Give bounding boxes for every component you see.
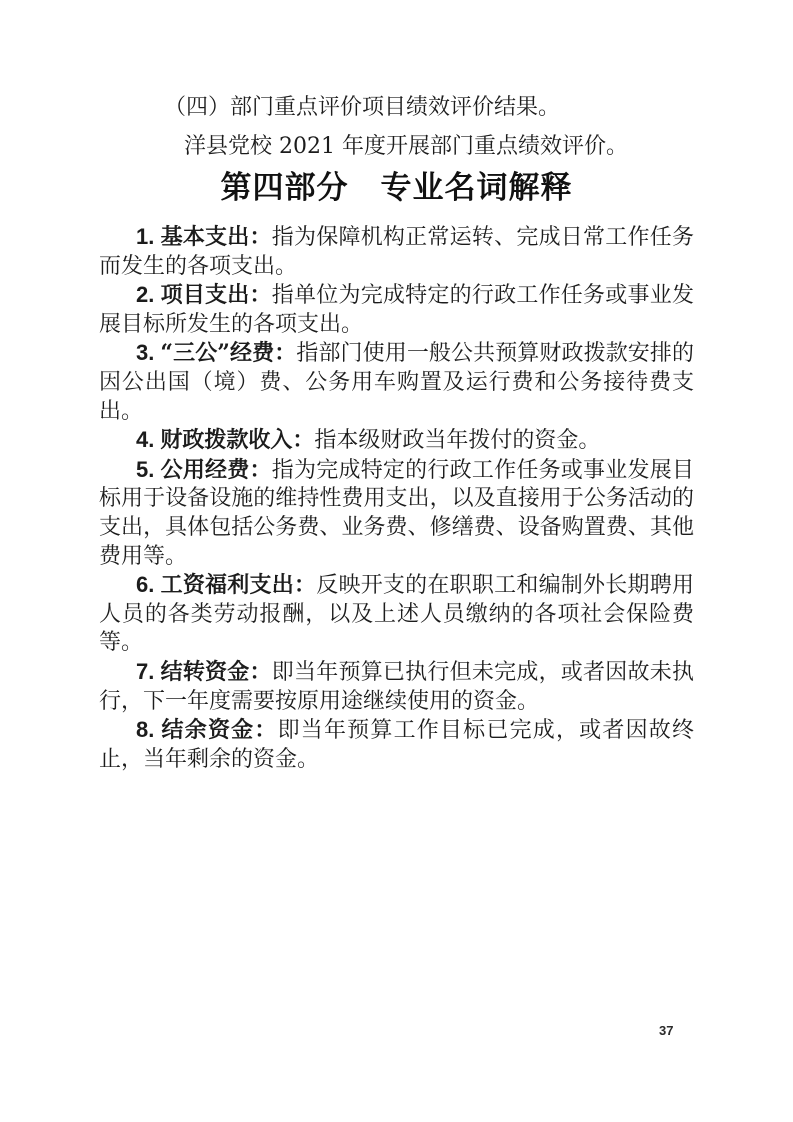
term-paragraph-3: 3.“三公”经费：指部门使用一般公共预算财政拨款安排的因公出国（境）费、公务用车…	[99, 339, 694, 426]
term-paragraph-7: 7.结转资金：即当年预算已执行但未完成，或者因故未执行，下一年度需要按原用途继续…	[99, 658, 694, 716]
page-number: 37	[659, 1023, 673, 1038]
term-paragraph-5: 5.公用经费：指为完成特定的行政工作任务或事业发展目标用于设备设施的维持性费用支…	[99, 456, 694, 571]
term-number: 7.	[136, 659, 154, 684]
term-paragraph-2: 2.项目支出：指单位为完成特定的行政工作任务或事业发展目标所发生的各项支出。	[99, 281, 694, 339]
term-number: 3.	[136, 340, 154, 365]
intro-line-result: （四）部门重点评价项目绩效评价结果。	[99, 88, 694, 127]
term-paragraph-4: 4.财政拨款收入：指本级财政当年拨付的资金。	[99, 426, 694, 456]
term-title: 工资福利支出：	[160, 572, 316, 598]
document-page: （四）部门重点评价项目绩效评价结果。 洋县党校 2021 年度开展部门重点绩效评…	[0, 0, 793, 1122]
term-paragraph-6: 6.工资福利支出：反映开支的在职职工和编制外长期聘用人员的各类劳动报酬，以及上述…	[99, 571, 694, 658]
term-title: 财政拨款收入：	[160, 427, 314, 453]
term-number: 1.	[136, 224, 154, 249]
term-title: “三公”经费：	[160, 340, 296, 366]
term-title: 结余资金：	[160, 717, 277, 743]
page-content: （四）部门重点评价项目绩效评价结果。 洋县党校 2021 年度开展部门重点绩效评…	[99, 88, 694, 774]
term-number: 2.	[136, 282, 154, 307]
term-definition: 指本级财政当年拨付的资金。	[314, 428, 600, 453]
term-paragraph-1: 1.基本支出：指为保障机构正常运转、完成日常工作任务而发生的各项支出。	[99, 223, 694, 281]
term-title: 项目支出：	[160, 282, 271, 308]
term-title: 结转资金：	[160, 659, 271, 685]
intro-line-evaluation: 洋县党校 2021 年度开展部门重点绩效评价。	[99, 127, 694, 166]
term-number: 4.	[136, 427, 154, 452]
term-number: 5.	[136, 457, 154, 482]
term-paragraph-8: 8.结余资金：即当年预算工作目标已完成，或者因故终止，当年剩余的资金。	[99, 716, 694, 774]
term-title: 基本支出：	[160, 224, 271, 250]
term-number: 8.	[136, 717, 154, 742]
section-heading: 第四部分 专业名词解释	[99, 166, 694, 210]
term-number: 6.	[136, 572, 154, 597]
term-title: 公用经费：	[160, 457, 271, 483]
